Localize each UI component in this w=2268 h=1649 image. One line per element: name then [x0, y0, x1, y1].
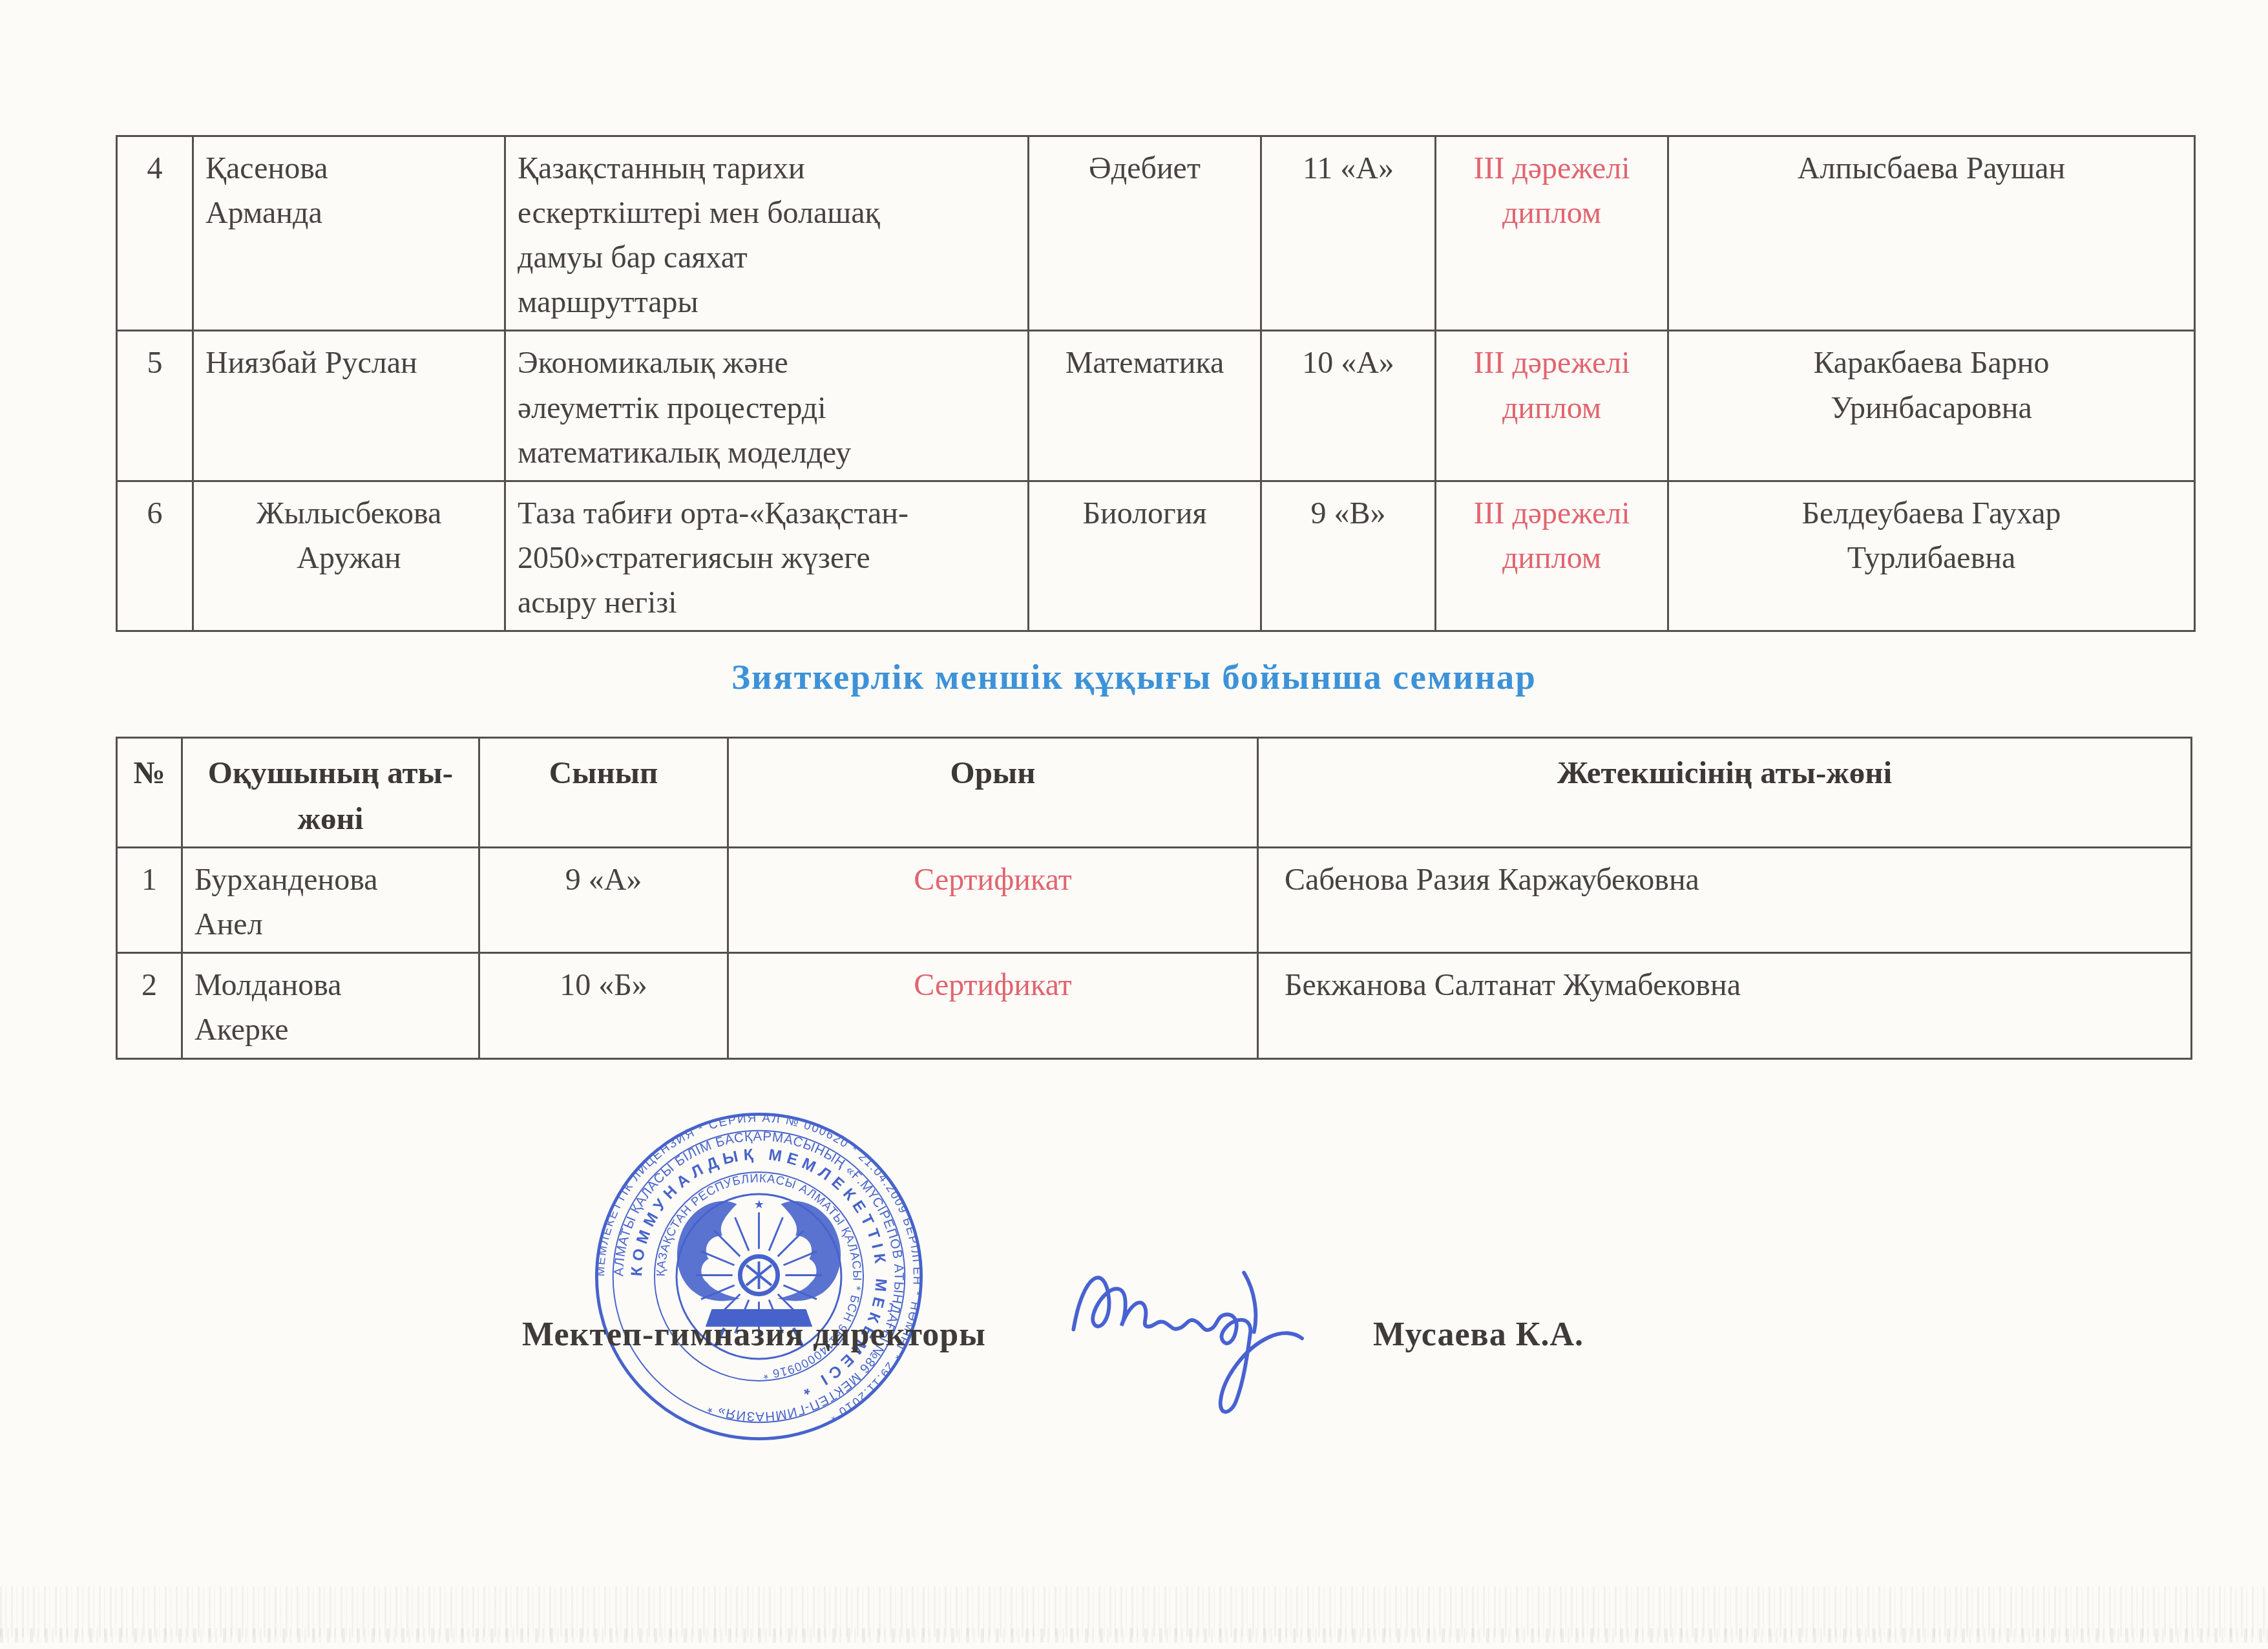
award-cell: III дәрежелі диплом	[1436, 481, 1668, 631]
row-number-cell: 1	[117, 848, 182, 953]
student-name-cell: Қасенова Арманда	[193, 136, 505, 331]
school-stamp: МЕМЛЕКЕТТІК ЛИЦЕНЗИЯ * СЕРИЯ АЛ № 000620…	[583, 1100, 935, 1453]
grade-cell: 9 «В»	[1261, 481, 1436, 631]
student-name-cell: Бурханденова Анел	[182, 848, 479, 953]
header-supervisor-cell: Жетекшісінің аты-жөні	[1258, 738, 2192, 848]
supervisor-cell: Белдеубаева Гаухар Турлибаевна	[1668, 481, 2195, 631]
supervisor-cell: Алпысбаева Раушан	[1668, 136, 2195, 331]
row-number-cell: 4	[117, 136, 193, 331]
table-row: 6 Жылысбекова Аружан Таза табиғи орта-«Қ…	[117, 481, 2195, 631]
director-signature	[1055, 1194, 1332, 1440]
olympiad-results-table: 4 Қасенова Арманда Қазақстанның тарихи е…	[116, 135, 2196, 632]
header-number-cell: №	[117, 738, 182, 848]
director-title: Мектеп-гимназия директоры	[522, 1316, 986, 1354]
supervisor-cell: Сабенова Разия Каржаубековна	[1258, 848, 2192, 953]
table-row: 5 Ниязбай Руслан Экономикалық және әлеум…	[117, 331, 2195, 481]
svg-text:★: ★	[754, 1198, 764, 1211]
project-title-cell: Қазақстанның тарихи ескерткіштері мен бо…	[505, 136, 1029, 331]
supervisor-cell: Бекжанова Салтанат Жумабековна	[1258, 953, 2192, 1058]
place-cell: Сертификат	[728, 848, 1258, 953]
grade-cell: 9 «А»	[479, 848, 728, 953]
header-student-name-cell: Оқушының аты- жөні	[182, 738, 479, 848]
award-cell: III дәрежелі диплом	[1436, 331, 1668, 481]
subject-cell: Математика	[1029, 331, 1261, 481]
student-name-cell: Молданова Акерке	[182, 953, 479, 1058]
grade-cell: 10 «А»	[1261, 331, 1436, 481]
table-header-row: № Оқушының аты- жөні Сынып Орын Жетекшіс…	[117, 738, 2192, 848]
director-name: Мусаева К.А.	[1373, 1316, 1584, 1354]
place-cell: Сертификат	[728, 953, 1258, 1058]
section-title: Зияткерлік меншік құқығы бойынша семинар	[0, 656, 2268, 697]
supervisor-cell: Каракбаева Барно Уринбасаровна	[1668, 331, 2195, 481]
grade-cell: 11 «А»	[1261, 136, 1436, 331]
table-row: 1 Бурханденова Анел 9 «А» Сертификат Саб…	[117, 848, 2192, 953]
student-name-cell: Ниязбай Руслан	[193, 331, 505, 481]
row-number-cell: 6	[117, 481, 193, 631]
student-name-cell: Жылысбекова Аружан	[193, 481, 505, 631]
seminar-results-table: № Оқушының аты- жөні Сынып Орын Жетекшіс…	[116, 737, 2192, 1060]
project-title-cell: Экономикалық және әлеуметтік процестерді…	[505, 331, 1029, 481]
grade-cell: 10 «Б»	[479, 953, 728, 1058]
table-row: 2 Молданова Акерке 10 «Б» Сертификат Бек…	[117, 953, 2192, 1058]
scanned-document-page: 4 Қасенова Арманда Қазақстанның тарихи е…	[0, 0, 2268, 1649]
row-number-cell: 5	[117, 331, 193, 481]
table-row: 4 Қасенова Арманда Қазақстанның тарихи е…	[117, 136, 2195, 331]
subject-cell: Әдебиет	[1029, 136, 1261, 331]
subject-cell: Биология	[1029, 481, 1261, 631]
header-place-cell: Орын	[728, 738, 1258, 848]
project-title-cell: Таза табиғи орта-«Қазақстан- 2050»страте…	[505, 481, 1029, 631]
award-cell: III дәрежелі диплом	[1436, 136, 1668, 331]
row-number-cell: 2	[117, 953, 182, 1058]
scan-artifact	[0, 1628, 2268, 1643]
header-grade-cell: Сынып	[479, 738, 728, 848]
